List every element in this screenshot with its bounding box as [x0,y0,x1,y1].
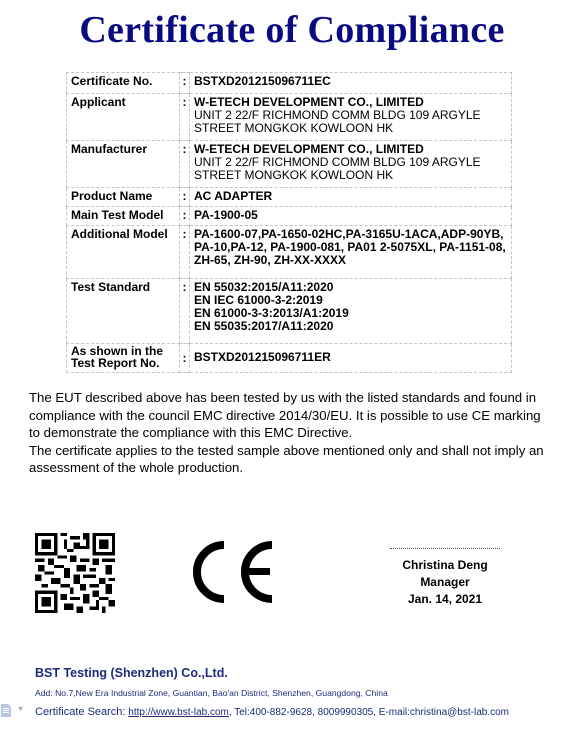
signer-name: Christina Deng [385,557,505,574]
row-main-test-model: Main Test Model : PA-1900-05 [67,207,512,226]
ce-mark-icon [190,541,276,603]
signature-block: Christina Deng Manager Jan. 14, 2021 [385,548,505,608]
contact-info: , Tel:400-882-9628, 8009990305, E-mail:c… [229,707,509,718]
statement-paragraph-1: The EUT described above has been tested … [29,389,549,442]
label-main-test-model: Main Test Model [67,207,180,226]
row-test-standard: Test Standard : EN 55032:2015/A11:2020 E… [67,279,512,344]
value-manufacturer: W-ETECH DEVELOPMENT CO., LIMITED UNIT 2 … [190,141,512,188]
row-applicant: Applicant : W-ETECH DEVELOPMENT CO., LIM… [67,94,512,141]
document-icon[interactable] [1,704,11,717]
separator: : [180,141,190,188]
label-certificate-no: Certificate No. [67,73,180,94]
qr-code-icon[interactable] [35,533,115,613]
separator: : [180,73,190,94]
manufacturer-name: W-ETECH DEVELOPMENT CO., LIMITED [194,142,424,156]
signer-title: Manager [385,574,505,591]
signature-line [390,548,500,549]
statement-paragraph-2: The certificate applies to the tested sa… [29,442,549,477]
manufacturer-address-line2: STREET MONGKOK KOWLOON HK [194,169,507,182]
label-test-report-no: As shown in the Test Report No. [67,344,180,373]
separator: : [180,226,190,279]
label-test-standard: Test Standard [67,279,180,344]
row-product-name: Product Name : AC ADAPTER [67,188,512,207]
certificate-search-line: Certificate Search: http://www.bst-lab.c… [35,706,509,718]
applicant-name: W-ETECH DEVELOPMENT CO., LIMITED [194,95,424,109]
certificate-title: Certificate of Compliance [0,8,584,52]
test-standard-4: EN 55035:2017/A11:2020 [194,320,507,333]
row-additional-model: Additional Model : PA-1600-07,PA-1650-02… [67,226,512,279]
row-test-report-no: As shown in the Test Report No. : BSTXD2… [67,344,512,373]
label-product-name: Product Name [67,188,180,207]
separator: : [180,207,190,226]
value-test-standard: EN 55032:2015/A11:2020 EN IEC 61000-3-2:… [190,279,512,344]
certificate-details-table: Certificate No. : BSTXD201215096711EC Ap… [66,72,512,373]
value-main-test-model: PA-1900-05 [190,207,512,226]
additional-model-line3: ZH-65, ZH-90, ZH-XX-XXXX [194,254,507,267]
row-certificate-no: Certificate No. : BSTXD201215096711EC [67,73,512,94]
value-test-report-no: BSTXD201215096711ER [190,344,512,373]
separator: : [180,344,190,373]
issuer-company: BST Testing (Shenzhen) Co.,Ltd. [35,666,228,680]
dropdown-caret-icon[interactable]: ▼ [17,706,24,713]
separator: : [180,94,190,141]
value-additional-model: PA-1600-07,PA-1650-02HC,PA-3165U-1ACA,AD… [190,226,512,279]
website-link[interactable]: http://www.bst-lab.com [128,707,229,718]
applicant-address-line2: STREET MONGKOK KOWLOON HK [194,122,507,135]
value-applicant: W-ETECH DEVELOPMENT CO., LIMITED UNIT 2 … [190,94,512,141]
certificate-search-label: Certificate Search: [35,706,125,718]
separator: : [180,279,190,344]
label-test-report-line2: Test Report No. [71,357,175,369]
issuer-address: Add: No.7,New Era Industrial Zone, Guant… [35,688,388,698]
label-manufacturer: Manufacturer [67,141,180,188]
compliance-statement: The EUT described above has been tested … [29,389,549,477]
label-applicant: Applicant [67,94,180,141]
value-certificate-no: BSTXD201215096711EC [190,73,512,94]
signature-date: Jan. 14, 2021 [385,591,505,608]
label-additional-model: Additional Model [67,226,180,279]
row-manufacturer: Manufacturer : W-ETECH DEVELOPMENT CO., … [67,141,512,188]
value-product-name: AC ADAPTER [190,188,512,207]
separator: : [180,188,190,207]
